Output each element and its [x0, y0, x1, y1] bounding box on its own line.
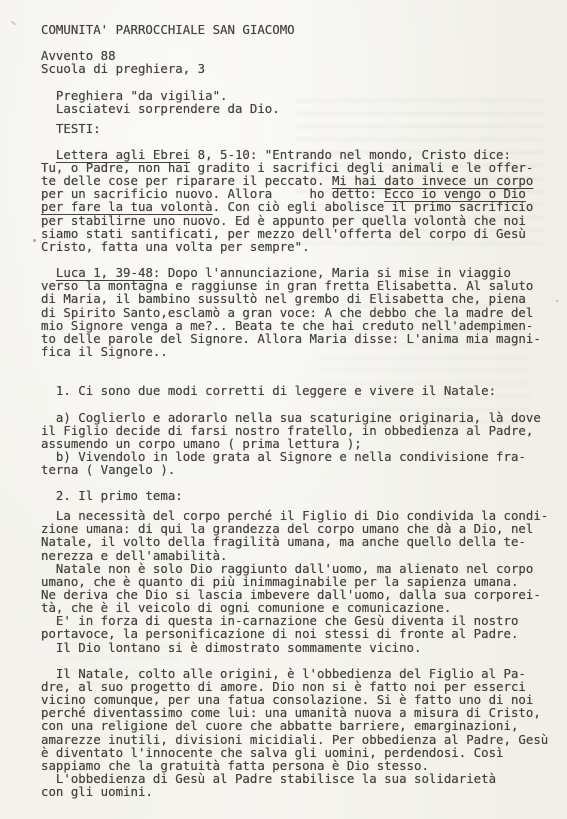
text-run: TESTI:	[41, 121, 101, 136]
text-line	[41, 36, 548, 49]
text-run: Cristo, fatta una volta per sempre".	[41, 239, 310, 254]
point-1-heading: 1. Ci sono due modi corretti di leggere …	[41, 384, 548, 397]
subtitle-scuola: Scuola di preghiera, 3	[41, 62, 548, 75]
scanned-document-page: COMUNITA' PARROCCHIALE SAN GIACOMO Avven…	[0, 0, 567, 819]
text-run: terna ( Vangelo ).	[41, 462, 175, 477]
scan-speck	[10, 20, 17, 26]
text-line: terna ( Vangelo ).	[41, 463, 548, 476]
text-run: 2. Il primo tema:	[41, 488, 183, 503]
text-line: fica il Signore..	[41, 345, 548, 358]
text-line: con gli uomini.	[41, 785, 548, 798]
text-run: con gli uomini.	[41, 784, 153, 799]
scan-speck	[556, 300, 558, 302]
text-line: Cristo, fatta una volta per sempre".	[41, 240, 548, 253]
scan-speck	[33, 239, 36, 242]
text-run: Il Dio lontano si è dimostrato sommament…	[41, 640, 421, 655]
intro-line: Lasciatevi sorprendere da Dio.	[41, 102, 548, 115]
section-testi-label: TESTI:	[41, 122, 548, 135]
document-lines: COMUNITA' PARROCCHIALE SAN GIACOMO Avven…	[41, 23, 548, 798]
text-run: Scuola di preghiera, 3	[41, 61, 205, 76]
text-run: fica il Signore..	[41, 344, 168, 359]
text-run: Lasciatevi sorprendere da Dio.	[41, 101, 280, 116]
text-line: Il Dio lontano si è dimostrato sommament…	[41, 641, 548, 654]
text-line	[41, 358, 548, 371]
document-title: COMUNITA' PARROCCHIALE SAN GIACOMO	[41, 23, 548, 36]
point-2-heading: 2. Il primo tema:	[41, 489, 548, 502]
text-run: 1. Ci sono due modi corretti di leggere …	[41, 383, 496, 398]
text-run: COMUNITA' PARROCCHIALE SAN GIACOMO	[41, 22, 295, 37]
